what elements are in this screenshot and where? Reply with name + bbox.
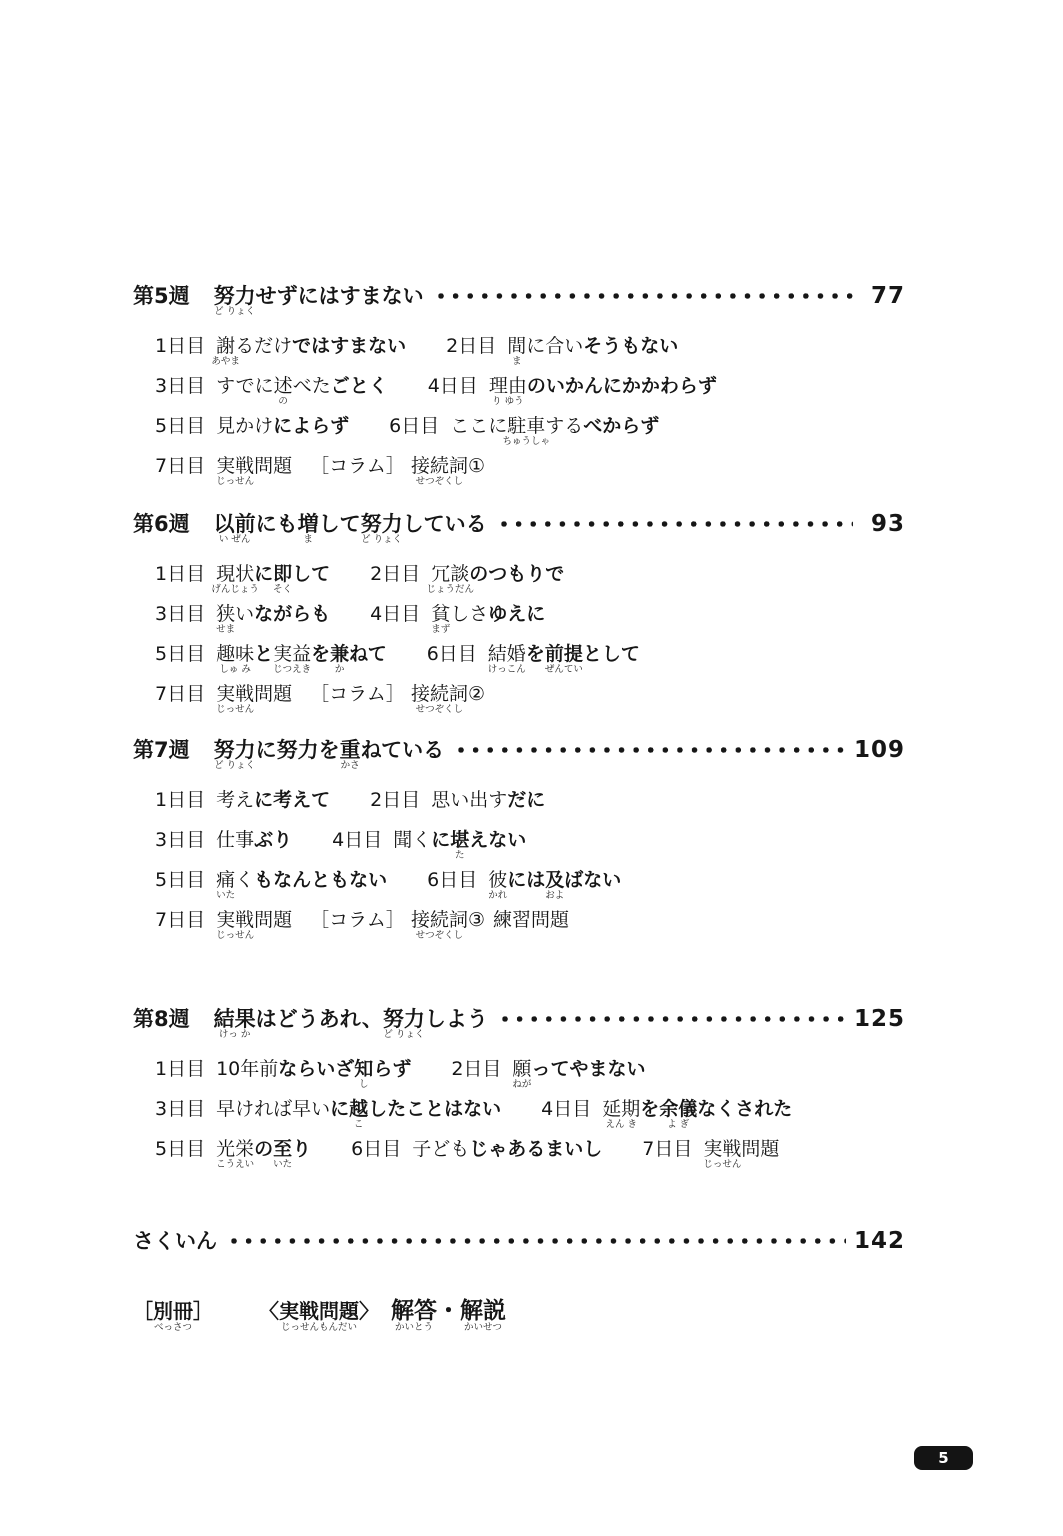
day-label: 4日目 — [428, 373, 478, 399]
text-line: 努力ど りょくせずにはすまない — [214, 283, 424, 309]
text-segment: 光栄こうえい — [216, 1136, 254, 1162]
text-line: 理由り ゆうのいかんにかかわらず — [489, 373, 717, 399]
text-segment: ねて — [349, 641, 387, 667]
text-line: 結婚けっこんを前提ぜんていとして — [488, 641, 640, 667]
furigana: げんじょう — [211, 585, 259, 595]
text-segment: して — [292, 561, 330, 587]
text-segment: 努力ど りょく — [383, 1006, 425, 1032]
day-text: 子どもじゃあるまいし — [412, 1136, 602, 1162]
text-line: 間まに合いそうもない — [507, 333, 678, 359]
text-segment: 実戦じっせん — [216, 453, 254, 479]
day-text: 見かけによらず — [216, 413, 349, 439]
text-segment: 問題 — [254, 907, 292, 933]
text-segment: 冗談じょうだん — [431, 561, 469, 587]
text-segment: しさ — [450, 601, 488, 627]
day-label: 4日目 — [332, 827, 382, 853]
text-line: 実戦じっせん問題［コラム］接続詞せつぞくし② — [216, 681, 485, 707]
day-text: 思い出すだに — [431, 787, 545, 813]
text-segment: 思い出す — [431, 787, 507, 813]
text-segment: のつもりで — [469, 561, 564, 587]
day-entry: 4日目理由り ゆうのいかんにかかわらず — [428, 373, 717, 399]
furigana: ちゅうしゃ — [502, 437, 550, 447]
gap-spacer — [292, 471, 310, 472]
text-segment: ってやまない — [531, 1056, 645, 1082]
text-segment: 聞く — [393, 827, 431, 853]
day-label: 6日目 — [351, 1136, 401, 1162]
furigana: い ぜん — [219, 535, 251, 545]
text-line: ここに駐車ちゅうしゃするべからず — [450, 413, 659, 439]
text-line: 努力ど りょくに努力を重かさねている — [214, 737, 444, 763]
text-line: 彼かれには及およばない — [488, 867, 621, 893]
text-segment: ゆえに — [488, 601, 545, 627]
furigana: べっさつ — [154, 1323, 192, 1333]
page-ref: 109 — [854, 737, 905, 763]
text-segment: 〈実戦問題〉じっせんもんだい — [259, 1298, 379, 1325]
furigana: ま — [303, 535, 313, 545]
day-label: 6日目 — [427, 867, 477, 893]
text-segment: に合い — [526, 333, 583, 359]
furigana: およ — [545, 891, 564, 901]
text-segment: 実戦じっせん — [703, 1136, 741, 1162]
text-segment: 実益じつえき — [273, 641, 311, 667]
day-label: 5日目 — [155, 867, 205, 893]
text-segment: 問題 — [254, 453, 292, 479]
text-segment: 至いた — [273, 1136, 292, 1162]
text-segment: らず — [373, 1056, 411, 1082]
day-text: 謝あやまるだけではすまない — [216, 333, 406, 359]
furigana: じっせん — [216, 477, 254, 487]
furigana: ど りょく — [383, 1030, 424, 1040]
text-segment: の — [254, 1136, 273, 1162]
day-rows: 1日目考えに考えて2日目思い出すだに3日目仕事ぶり4日目聞くに堪たえない5日目痛… — [155, 783, 905, 947]
text-line: ［別冊］べっさつ〈実戦問題〉じっせんもんだい解答かいとう・解説かいせつ — [133, 1298, 506, 1325]
page-ref: 125 — [854, 1006, 905, 1032]
furigana: かいとう — [395, 1323, 433, 1333]
text-line: 思い出すだに — [431, 787, 545, 813]
day-label: 2日目 — [451, 1056, 501, 1082]
gap-spacer — [379, 1317, 391, 1318]
text-segment: ［別冊］べっさつ — [133, 1298, 213, 1325]
furigana: せま — [216, 625, 235, 635]
day-text: 仕事ぶり — [216, 827, 292, 853]
text-segment: に — [254, 561, 273, 587]
day-entry: 6日目彼かれには及およばない — [427, 867, 621, 893]
day-rows: 1日目10年前ならいざ知しらず2日目願ねがってやまない3日目早ければ早いに越こし… — [155, 1052, 905, 1176]
text-segment: 彼かれ — [488, 867, 507, 893]
text-segment: ばない — [564, 867, 621, 893]
day-label: 2日目 — [370, 787, 420, 813]
furigana: そく — [273, 585, 292, 595]
week-number: 第8週 — [133, 1006, 190, 1032]
furigana: こ — [354, 1120, 364, 1130]
text-segment: には — [507, 867, 545, 893]
furigana: じっせん — [216, 931, 254, 941]
day-label: 7日目 — [155, 681, 205, 707]
day-entry: 5日目見かけによらず — [155, 413, 349, 439]
text-segment: 前提ぜんてい — [545, 641, 583, 667]
furigana: せつぞくし — [416, 705, 464, 715]
page-number-badge: 5 — [914, 1446, 973, 1470]
text-segment: べからず — [583, 413, 659, 439]
text-segment: 結婚けっこん — [488, 641, 526, 667]
furigana: いた — [273, 1160, 292, 1170]
text-segment: だに — [507, 787, 545, 813]
text-segment: すでに — [216, 373, 274, 399]
text-line: 光栄こうえいの至いたり — [216, 1136, 311, 1162]
day-entry: 2日目思い出すだに — [370, 787, 545, 813]
day-text: 冗談じょうだんのつもりで — [431, 561, 564, 587]
day-row: 7日目実戦じっせん問題［コラム］接続詞せつぞくし② — [155, 681, 905, 721]
furigana: た — [455, 851, 465, 861]
text-segment: 10年前 — [216, 1056, 278, 1082]
text-line: 見かけによらず — [216, 413, 349, 439]
text-segment: 実戦じっせん — [216, 681, 254, 707]
dot-leader — [227, 1228, 846, 1254]
day-text: 理由り ゆうのいかんにかかわらず — [489, 373, 717, 399]
page-ref: 142 — [854, 1228, 905, 1254]
day-label: 2日目 — [370, 561, 420, 587]
text-segment: ③ — [468, 907, 485, 933]
text-segment: を — [640, 1096, 659, 1122]
day-row: 3日目仕事ぶり4日目聞くに堪たえない — [155, 827, 905, 867]
day-label: 5日目 — [155, 1136, 205, 1162]
toc-page: 第5週努力ど りょくせずにはすまない771日目謝あやまるだけではすまない2日目間… — [0, 0, 1063, 1536]
text-line: 謝あやまるだけではすまない — [216, 333, 406, 359]
text-segment: 謝あやま — [216, 333, 235, 359]
day-text: 早ければ早いに越こしたことはない — [216, 1096, 501, 1122]
day-entry: 5日目光栄こうえいの至いたり — [155, 1136, 311, 1162]
text-segment: 願ねが — [512, 1056, 531, 1082]
text-line: 実戦じっせん問題［コラム］接続詞せつぞくし① — [216, 453, 485, 479]
day-text: 現状げんじょうに即そくして — [216, 561, 330, 587]
text-segment: に — [330, 1096, 349, 1122]
day-text: 願ねがってやまない — [512, 1056, 645, 1082]
text-segment: せずにはすまない — [256, 283, 424, 309]
day-entry: 1日目考えに考えて — [155, 787, 330, 813]
gap-spacer — [213, 1317, 259, 1318]
text-line: 痛いたくもなんともない — [216, 867, 387, 893]
day-entry: 1日目現状げんじょうに即そくして — [155, 561, 330, 587]
text-segment: 接続詞せつぞくし — [411, 907, 468, 933]
furigana: ど りょく — [214, 307, 255, 317]
text-segment: ここに — [450, 413, 507, 439]
day-row: 7日目実戦じっせん問題［コラム］接続詞せつぞくし① — [155, 453, 905, 493]
furigana: じっせん — [703, 1160, 741, 1170]
text-segment: 増ま — [298, 511, 319, 537]
day-entry: 7日目実戦じっせん問題［コラム］接続詞せつぞくし③練習問題 — [155, 907, 569, 933]
text-segment: 貧まず — [431, 601, 450, 627]
text-segment: 駐車ちゅうしゃ — [507, 413, 545, 439]
day-row: 3日目狭せまいながらも4日目貧まずしさゆえに — [155, 601, 905, 641]
text-segment: ① — [468, 453, 485, 479]
furigana: じつえき — [273, 665, 311, 675]
text-segment: り — [292, 1136, 311, 1162]
text-segment: 子ども — [412, 1136, 469, 1162]
day-label: 2日目 — [446, 333, 496, 359]
furigana: かさ — [341, 761, 360, 771]
text-segment: そうもない — [583, 333, 678, 359]
text-segment: したことはない — [368, 1096, 501, 1122]
text-segment: ごとく — [331, 373, 388, 399]
text-segment: 堪た — [450, 827, 469, 853]
text-segment: にも — [256, 511, 298, 537]
text-line: すでに述のべたごとく — [216, 373, 388, 399]
text-line: 願ねがってやまない — [512, 1056, 645, 1082]
day-row: 5日目趣味しゅ みと実益じつえきを兼かねて6日目結婚けっこんを前提ぜんていとして — [155, 641, 905, 681]
text-line: 延期えん きを余儀よ ぎなくされた — [602, 1096, 792, 1122]
dot-leader — [497, 511, 853, 537]
day-label: 4日目 — [541, 1096, 591, 1122]
furigana: ど りょく — [361, 535, 402, 545]
week-heading: 第5週努力ど りょくせずにはすまない77 — [133, 283, 905, 329]
day-text: 狭せまいながらも — [216, 601, 330, 627]
furigana: よ ぎ — [667, 1120, 689, 1130]
text-segment: として — [583, 641, 640, 667]
text-line: 結果けっ かはどうあれ、努力ど りょくしよう — [214, 1006, 488, 1032]
text-segment: 兼か — [330, 641, 349, 667]
text-segment: して — [319, 511, 361, 537]
text-segment: ながらも — [254, 601, 330, 627]
text-segment: く — [235, 867, 254, 893]
day-text: 考えに考えて — [216, 787, 330, 813]
gap-spacer — [292, 699, 310, 700]
text-segment: なくされた — [697, 1096, 792, 1122]
day-label: 3日目 — [155, 601, 205, 627]
text-segment: 延期えん き — [602, 1096, 640, 1122]
text-segment: しよう — [425, 1006, 488, 1032]
furigana: ねが — [512, 1080, 531, 1090]
index-heading: さくいん 142 — [133, 1228, 905, 1274]
text-segment: るだけ — [235, 333, 292, 359]
day-label: 5日目 — [155, 413, 205, 439]
day-entry: 2日目願ねがってやまない — [451, 1056, 645, 1082]
day-text: 実戦じっせん問題［コラム］接続詞せつぞくし③練習問題 — [216, 907, 569, 933]
day-text: 間まに合いそうもない — [507, 333, 678, 359]
furigana: じっせんもんだい — [281, 1323, 357, 1333]
week-section: 第8週結果けっ かはどうあれ、努力ど りょくしよう1251日目10年前ならいざ知… — [133, 1006, 905, 1176]
week-number: 第6週 — [133, 511, 190, 537]
text-line: 冗談じょうだんのつもりで — [431, 561, 564, 587]
day-entry: 2日目間まに合いそうもない — [446, 333, 678, 359]
text-line: 10年前ならいざ知しらず — [216, 1056, 411, 1082]
day-entry: 4日目貧まずしさゆえに — [370, 601, 545, 627]
day-row: 1日目謝あやまるだけではすまない2日目間まに合いそうもない — [155, 333, 905, 373]
text-segment: のいかんにかかわらず — [527, 373, 717, 399]
text-segment: ・ — [437, 1298, 460, 1325]
text-segment: している — [403, 511, 487, 537]
furigana: けっ か — [219, 1030, 251, 1040]
furigana: ど りょく — [214, 761, 255, 771]
text-segment: えない — [469, 827, 526, 853]
text-segment: 努力ど りょく — [214, 737, 256, 763]
text-segment: 痛いた — [216, 867, 235, 893]
text-segment: 趣味しゅ み — [216, 641, 254, 667]
day-row: 3日目早ければ早いに越こしたことはない4日目延期えん きを余儀よ ぎなくされた — [155, 1096, 905, 1136]
day-text: 延期えん きを余儀よ ぎなくされた — [602, 1096, 792, 1122]
text-segment: 考え — [216, 787, 254, 813]
day-entry: 6日目子どもじゃあるまいし — [351, 1136, 602, 1162]
day-row: 5日目光栄こうえいの至いたり6日目子どもじゃあるまいし7日目実戦じっせん問題 — [155, 1136, 905, 1176]
text-segment: い — [235, 601, 254, 627]
furigana: せつぞくし — [416, 931, 464, 941]
text-segment: を — [311, 641, 330, 667]
text-segment: 解答かいとう — [391, 1298, 437, 1325]
text-segment: 練習問題 — [493, 907, 569, 933]
day-text: 実戦じっせん問題［コラム］接続詞せつぞくし② — [216, 681, 485, 707]
day-entry: 1日目10年前ならいざ知しらず — [155, 1056, 411, 1082]
dot-leader — [498, 1006, 846, 1032]
page-ref: 77 — [861, 283, 905, 309]
text-segment: 解説かいせつ — [460, 1298, 506, 1325]
day-entry: 5日目痛いたくもなんともない — [155, 867, 387, 893]
dot-leader — [454, 737, 846, 763]
day-entry: 7日目実戦じっせん問題［コラム］接続詞せつぞくし② — [155, 681, 485, 707]
day-text: 聞くに堪たえない — [393, 827, 526, 853]
text-segment: ぶり — [254, 827, 292, 853]
furigana: まず — [431, 625, 450, 635]
day-entry: 3日目早ければ早いに越こしたことはない — [155, 1096, 501, 1122]
day-label: 7日目 — [155, 907, 205, 933]
text-segment: ［コラム］ — [310, 453, 405, 479]
furigana: いた — [216, 891, 235, 901]
text-segment: 即そく — [273, 561, 292, 587]
day-row: 1日目10年前ならいざ知しらず2日目願ねがってやまない — [155, 1056, 905, 1096]
text-segment: 知し — [354, 1056, 373, 1082]
day-rows: 1日目謝あやまるだけではすまない2日目間まに合いそうもない3日目すでに述のべたご… — [155, 329, 905, 493]
day-row: 5日目見かけによらず6日目ここに駐車ちゅうしゃするべからず — [155, 413, 905, 453]
text-segment: べた — [293, 373, 331, 399]
text-segment: 接続詞せつぞくし — [411, 681, 468, 707]
text-segment: に — [431, 827, 450, 853]
day-text: 彼かれには及およばない — [488, 867, 621, 893]
text-segment: 間ま — [507, 333, 526, 359]
text-line: 子どもじゃあるまいし — [412, 1136, 602, 1162]
gap-spacer — [292, 925, 310, 926]
text-line: 以前い ぜんにも増まして努力ど りょくしている — [214, 511, 487, 537]
week-heading: 第6週以前い ぜんにも増まして努力ど りょくしている93 — [133, 511, 905, 557]
day-label: 7日目 — [155, 453, 205, 479]
furigana: こうえい — [216, 1160, 254, 1170]
page-number: 5 — [938, 1449, 948, 1467]
day-label: 5日目 — [155, 641, 205, 667]
text-line: 聞くに堪たえない — [393, 827, 526, 853]
day-entry: 7日目実戦じっせん問題［コラム］接続詞せつぞくし① — [155, 453, 485, 479]
text-line: 早ければ早いに越こしたことはない — [216, 1096, 501, 1122]
text-segment: 早ければ早い — [216, 1096, 330, 1122]
day-entry: 2日目冗談じょうだんのつもりで — [370, 561, 564, 587]
day-label: 3日目 — [155, 1096, 205, 1122]
day-entry: 3日目狭せまいながらも — [155, 601, 330, 627]
furigana: しゅ み — [219, 665, 251, 675]
text-segment: 結果けっ か — [214, 1006, 256, 1032]
text-segment: もなんともない — [254, 867, 387, 893]
week-number: 第5週 — [133, 283, 190, 309]
day-label: 3日目 — [155, 827, 205, 853]
day-entry: 3日目仕事ぶり — [155, 827, 292, 853]
day-label: 1日目 — [155, 333, 205, 359]
text-segment: を — [526, 641, 545, 667]
day-entry: 5日目趣味しゅ みと実益じつえきを兼かねて — [155, 641, 387, 667]
day-text: ここに駐車ちゅうしゃするべからず — [450, 413, 659, 439]
day-label: 7日目 — [642, 1136, 692, 1162]
text-segment: さくいん — [133, 1228, 217, 1254]
text-segment: 接続詞せつぞくし — [411, 453, 468, 479]
furigana: し — [359, 1080, 369, 1090]
text-segment: 仕事 — [216, 827, 254, 853]
text-segment: 述の — [274, 373, 293, 399]
day-row: 1日目現状げんじょうに即そくして2日目冗談じょうだんのつもりで — [155, 561, 905, 601]
text-segment: 越こ — [349, 1096, 368, 1122]
day-text: すでに述のべたごとく — [216, 373, 388, 399]
text-line: 考えに考えて — [216, 787, 330, 813]
text-segment: 理由り ゆう — [489, 373, 527, 399]
appendix-line: ［別冊］べっさつ〈実戦問題〉じっせんもんだい解答かいとう・解説かいせつ — [133, 1298, 506, 1325]
text-segment: ② — [468, 681, 485, 707]
day-entry: 6日目ここに駐車ちゅうしゃするべからず — [389, 413, 659, 439]
day-label: 3日目 — [155, 373, 205, 399]
text-line: 趣味しゅ みと実益じつえきを兼かねて — [216, 641, 387, 667]
text-segment: 重かさ — [340, 737, 361, 763]
week-heading: 第7週努力ど りょくに努力を重かさねている109 — [133, 737, 905, 783]
index-title: さくいん — [133, 1228, 217, 1254]
day-row: 7日目実戦じっせん問題［コラム］接続詞せつぞくし③練習問題 — [155, 907, 905, 947]
day-text: 実戦じっせん問題 — [703, 1136, 779, 1162]
week-section: 第7週努力ど りょくに努力を重かさねている1091日目考えに考えて2日目思い出す… — [133, 737, 905, 947]
text-line: 実戦じっせん問題 — [703, 1136, 779, 1162]
text-line: 現状げんじょうに即そくして — [216, 561, 330, 587]
week-section: 第6週以前い ぜんにも増まして努力ど りょくしている931日目現状げんじょうに即… — [133, 511, 905, 721]
day-text: 光栄こうえいの至いたり — [216, 1136, 311, 1162]
day-text: 10年前ならいざ知しらず — [216, 1056, 411, 1082]
day-row: 3日目すでに述のべたごとく4日目理由り ゆうのいかんにかかわらず — [155, 373, 905, 413]
day-text: 実戦じっせん問題［コラム］接続詞せつぞくし① — [216, 453, 485, 479]
day-text: 結婚けっこんを前提ぜんていとして — [488, 641, 640, 667]
furigana: せつぞくし — [416, 477, 464, 487]
furigana: けっこん — [488, 665, 526, 675]
day-row: 1日目考えに考えて2日目思い出すだに — [155, 787, 905, 827]
text-segment: はどうあれ、 — [256, 1006, 383, 1032]
furigana: じっせん — [216, 705, 254, 715]
day-label: 6日目 — [389, 413, 439, 439]
dot-leader — [434, 283, 853, 309]
furigana: ぜんてい — [545, 665, 583, 675]
text-segment: 現状げんじょう — [216, 561, 254, 587]
text-segment: 及およ — [545, 867, 564, 893]
day-text: 貧まずしさゆえに — [431, 601, 545, 627]
text-segment: 狭せま — [216, 601, 235, 627]
text-segment: ならいざ — [278, 1056, 354, 1082]
text-segment: 努力ど りょく — [361, 511, 403, 537]
text-segment: 見かけ — [216, 413, 273, 439]
day-entry: 4日目延期えん きを余儀よ ぎなくされた — [541, 1096, 792, 1122]
furigana: り ゆう — [492, 397, 524, 407]
text-segment: 以前い ぜん — [214, 511, 256, 537]
day-label: 1日目 — [155, 561, 205, 587]
text-line: 実戦じっせん問題［コラム］接続詞せつぞくし③練習問題 — [216, 907, 569, 933]
day-entry: 3日目すでに述のべたごとく — [155, 373, 388, 399]
text-segment: 問題 — [254, 681, 292, 707]
day-label: 1日目 — [155, 787, 205, 813]
text-segment: と — [254, 641, 273, 667]
text-line: 貧まずしさゆえに — [431, 601, 545, 627]
day-label: 4日目 — [370, 601, 420, 627]
furigana: ま — [512, 357, 522, 367]
text-segment: ねている — [361, 737, 444, 763]
day-entry: 7日目実戦じっせん問題 — [642, 1136, 779, 1162]
text-line: 狭せまいながらも — [216, 601, 330, 627]
text-segment: ではすまない — [292, 333, 406, 359]
text-segment: じゃあるまいし — [469, 1136, 602, 1162]
